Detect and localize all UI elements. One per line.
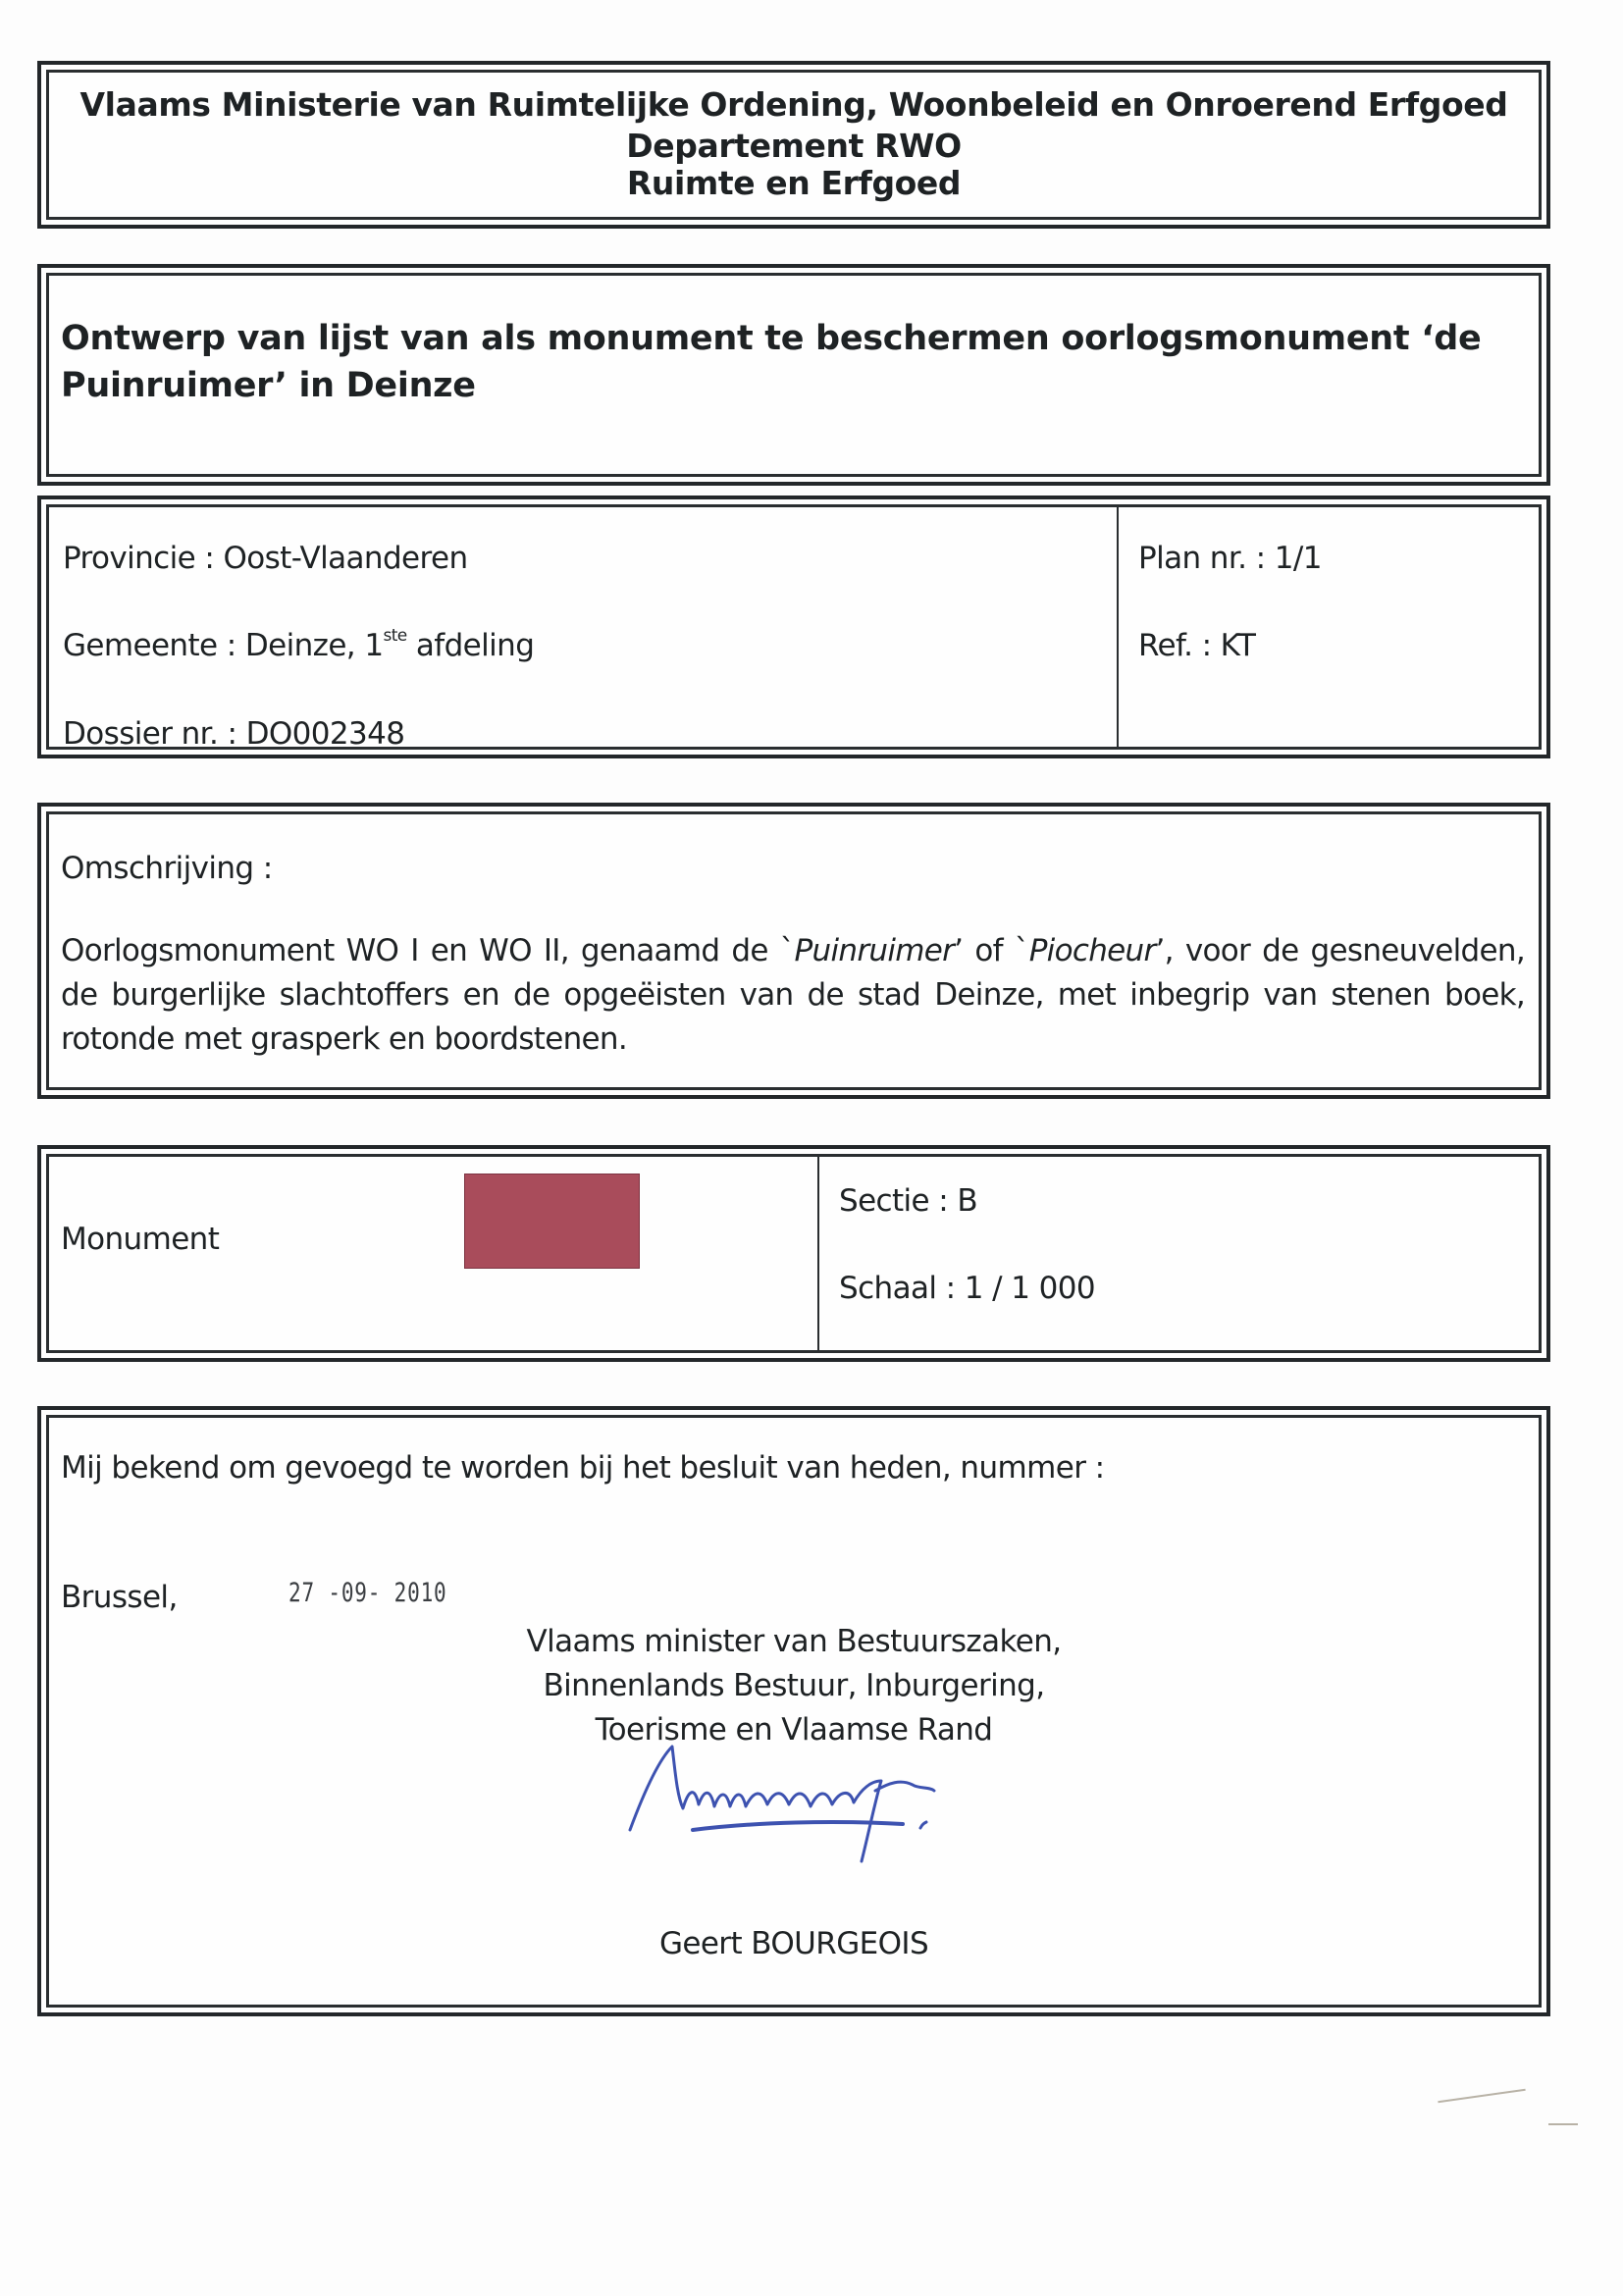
gemeente-superscript: ste — [383, 626, 406, 646]
legend-monument-label: Monument — [61, 1225, 219, 1255]
description-label: Omschrijving : — [61, 854, 273, 884]
department-name: Departement RWO — [49, 127, 1539, 165]
monument-color-swatch — [464, 1174, 640, 1269]
plan-number-field: Plan nr. : 1/1 — [1138, 544, 1322, 574]
scan-artifact — [1548, 2123, 1578, 2125]
document-title: Ontwerp van lijst van als monument te be… — [61, 315, 1499, 409]
description-inner: Omschrijving : Oorlogsmonument WO I en W… — [46, 811, 1542, 1090]
gemeente-field: Gemeente : Deinze, 1ste afdeling — [63, 631, 534, 661]
provincie-field: Provincie : Oost-Vlaanderen — [63, 544, 468, 574]
location-box: Provincie : Oost-Vlaanderen Gemeente : D… — [37, 496, 1550, 758]
description-text-part: Oorlogsmonument WO I en WO II, genaamd d… — [61, 933, 795, 968]
column-divider — [1117, 507, 1119, 747]
place-label: Brussel, — [61, 1583, 178, 1613]
ministry-header-box: Vlaams Ministerie van Ruimtelijke Ordeni… — [37, 61, 1550, 229]
scale-field: Schaal : 1 / 1 000 — [839, 1274, 1095, 1304]
section-field: Sectie : B — [839, 1186, 977, 1217]
approval-inner: Mij bekend om gevoegd te worden bij het … — [46, 1415, 1542, 2008]
dossier-field: Dossier nr. : DO002348 — [63, 719, 404, 750]
approval-statement: Mij bekend om gevoegd te worden bij het … — [61, 1453, 1104, 1484]
agency-name: Ruimte en Erfgoed — [49, 164, 1539, 202]
signature — [618, 1742, 1128, 1869]
description-text: Oorlogsmonument WO I en WO II, genaamd d… — [61, 929, 1525, 1062]
location-inner: Provincie : Oost-Vlaanderen Gemeente : D… — [46, 504, 1542, 750]
description-text-part: ’ of ` — [954, 933, 1029, 968]
scan-artifact — [1438, 2089, 1525, 2104]
reference-field: Ref. : KT — [1138, 631, 1255, 661]
legend-box: Monument Sectie : B Schaal : 1 / 1 000 — [37, 1145, 1550, 1362]
column-divider — [817, 1157, 819, 1350]
description-box: Omschrijving : Oorlogsmonument WO I en W… — [37, 803, 1550, 1099]
minister-title-line2: Binnenlands Bestuur, Inburgering, — [49, 1668, 1539, 1703]
monument-name-dutch: Puinruimer — [795, 933, 955, 968]
approval-box: Mij bekend om gevoegd te worden bij het … — [37, 1406, 1550, 2016]
legend-inner: Monument Sectie : B Schaal : 1 / 1 000 — [46, 1154, 1542, 1353]
signatory-name: Geert BOURGEOIS — [49, 1926, 1539, 1961]
ministry-name: Vlaams Ministerie van Ruimtelijke Ordeni… — [49, 85, 1539, 124]
date-stamp: 27 -09- 2010 — [288, 1580, 447, 1606]
monument-name-french: Piocheur — [1029, 933, 1156, 968]
document-title-box: Ontwerp van lijst van als monument te be… — [37, 264, 1550, 486]
minister-title-line1: Vlaams minister van Bestuurszaken, — [49, 1624, 1539, 1659]
gemeente-suffix: afdeling — [407, 628, 535, 663]
gemeente-text: Gemeente : Deinze, 1 — [63, 628, 383, 663]
ministry-header-inner: Vlaams Ministerie van Ruimtelijke Ordeni… — [46, 70, 1542, 220]
document-title-inner: Ontwerp van lijst van als monument te be… — [46, 273, 1542, 477]
